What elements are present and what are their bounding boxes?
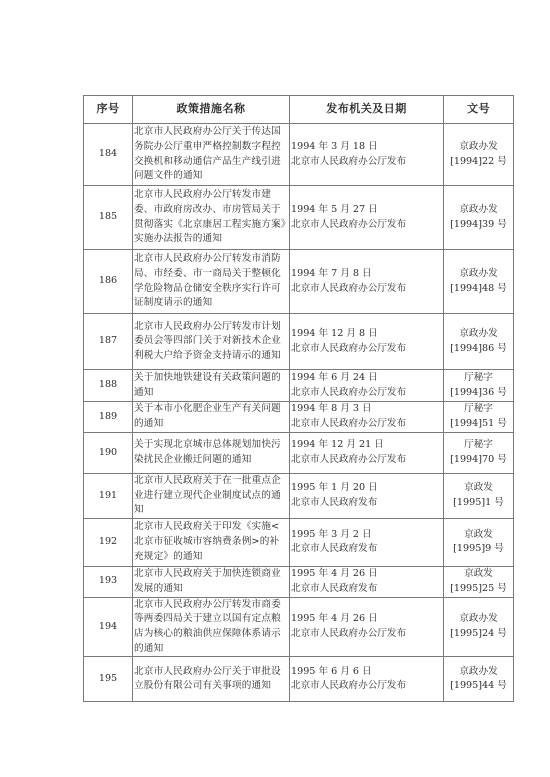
- document-number: [1994]86 号: [445, 342, 512, 357]
- document-prefix: 京政办发: [445, 140, 512, 155]
- document-number-cell: 京政办发[1995]24 号: [444, 597, 514, 656]
- document-number-cell: 京政办发[1994]39 号: [444, 186, 514, 250]
- issuer-date-cell: 1994 年 6 月 24 日北京市人民政府办公厅发布: [290, 370, 444, 402]
- issue-date: 1994 年 6 月 24 日: [291, 371, 442, 386]
- issue-date: 1995 年 6 月 6 日: [291, 665, 442, 680]
- issuer-date-cell: 1994 年 3 月 18 日北京市人民政府办公厅发布: [290, 124, 444, 186]
- document-number: [1995]9 号: [445, 542, 512, 557]
- serial-number-cell: 189: [84, 402, 133, 433]
- document-number-cell: 厅秘字[1994]70 号: [444, 433, 514, 474]
- table-row: 194北京市人民政府办公厅转发市商委等两委四局关于建立以国有定点粮店为核心的粮油…: [84, 597, 514, 656]
- issue-date: 1995 年 4 月 26 日: [291, 567, 442, 582]
- serial-number-cell: 194: [84, 597, 133, 656]
- policy-name-cell: 关于实现北京城市总体规划加快污染扰民企业搬迁问题的通知: [133, 433, 290, 474]
- policy-name-cell: 北京市人民政府办公厅关于审批设立股份有限公司有关事项的通知: [133, 657, 290, 702]
- table-row: 191北京市人民政府关于在一批重点企业进行建立现代企业制度试点的通知1995 年…: [84, 474, 514, 519]
- table-row: 186北京市人民政府办公厅转发市消防局、市经委、市一商局关于整顿化学危险物品仓储…: [84, 250, 514, 314]
- table-row: 184北京市人民政府办公厅关于传达国务院办公厅重申严格控制数字程控交换机和移动通…: [84, 124, 514, 186]
- table-row: 193北京市人民政府关于加快连锁商业发展的通知1995 年 4 月 26 日北京…: [84, 566, 514, 597]
- document-prefix: 京政发: [445, 567, 512, 582]
- policy-name-cell: 关于加快地铁建设有关政策问题的通知: [133, 370, 290, 402]
- policy-name-cell: 北京市人民政府办公厅转发市计划委员会等四部门关于对新技术企业利税大户给予资金支持…: [133, 314, 290, 370]
- serial-number-cell: 188: [84, 370, 133, 402]
- issuing-authority: 北京市人民政府发布: [291, 496, 442, 511]
- issuer-date-cell: 1994 年 12 月 8 日北京市人民政府办公厅发布: [290, 314, 444, 370]
- policy-name-cell: 北京市人民政府关于印发《实施<北京市征收城市容纳费条例>的补充规定》的通知: [133, 518, 290, 566]
- document-prefix: 京政办发: [445, 203, 512, 218]
- document-number-cell: 京政办发[1995]44 号: [444, 657, 514, 702]
- document-number: [1994]48 号: [445, 282, 512, 297]
- document-number: [1994]22 号: [445, 155, 512, 170]
- issuing-authority: 北京市人民政府办公厅发布: [291, 679, 442, 694]
- issuing-authority: 北京市人民政府办公厅发布: [291, 627, 442, 642]
- serial-number-cell: 190: [84, 433, 133, 474]
- issuing-authority: 北京市人民政府办公厅发布: [291, 417, 442, 432]
- policy-table: 序号 政策措施名称 发布机关及日期 文号 184北京市人民政府办公厅关于传达国务…: [83, 95, 514, 702]
- serial-number-cell: 192: [84, 518, 133, 566]
- document-number: [1994]36 号: [445, 386, 512, 401]
- document-prefix: 京政发: [445, 528, 512, 543]
- header-policy-name: 政策措施名称: [133, 96, 290, 124]
- table-header-row: 序号 政策措施名称 发布机关及日期 文号: [84, 96, 514, 124]
- issue-date: 1994 年 12 月 8 日: [291, 327, 442, 342]
- serial-number-cell: 187: [84, 314, 133, 370]
- policy-name-cell: 北京市人民政府办公厅转发市消防局、市经委、市一商局关于整顿化学危险物品仓储安全秩…: [133, 250, 290, 314]
- table-body: 184北京市人民政府办公厅关于传达国务院办公厅重申严格控制数字程控交换机和移动通…: [84, 124, 514, 702]
- serial-number-cell: 186: [84, 250, 133, 314]
- serial-number-cell: 184: [84, 124, 133, 186]
- document-number: [1994]70 号: [445, 453, 512, 468]
- table-row: 188关于加快地铁建设有关政策问题的通知1994 年 6 月 24 日北京市人民…: [84, 370, 514, 402]
- issue-date: 1994 年 7 月 8 日: [291, 267, 442, 282]
- issuing-authority: 北京市人民政府办公厅发布: [291, 386, 442, 401]
- issuer-date-cell: 1995 年 4 月 26 日北京市人民政府发布: [290, 566, 444, 597]
- issuing-authority: 北京市人民政府办公厅发布: [291, 453, 442, 468]
- table-row: 185北京市人民政府办公厅转发市建委、市政府房改办、市房管局关于贯彻落实《北京康…: [84, 186, 514, 250]
- policy-name-cell: 北京市人民政府办公厅转发市建委、市政府房改办、市房管局关于贯彻落实《北京康居工程…: [133, 186, 290, 250]
- document-prefix: 京政办发: [445, 612, 512, 627]
- issue-date: 1994 年 8 月 3 日: [291, 402, 442, 417]
- issuing-authority: 北京市人民政府办公厅发布: [291, 342, 442, 357]
- document-number-cell: 京政办发[1994]48 号: [444, 250, 514, 314]
- serial-number-cell: 185: [84, 186, 133, 250]
- document-number-cell: 京政发[1995]1 号: [444, 474, 514, 519]
- issuer-date-cell: 1995 年 6 月 6 日北京市人民政府办公厅发布: [290, 657, 444, 702]
- issue-date: 1995 年 3 月 2 日: [291, 528, 442, 543]
- header-issuer-date: 发布机关及日期: [290, 96, 444, 124]
- document-prefix: 厅秘字: [445, 402, 512, 417]
- header-document-number: 文号: [444, 96, 514, 124]
- document-number: [1994]51 号: [445, 417, 512, 432]
- issuer-date-cell: 1994 年 7 月 8 日北京市人民政府办公厅发布: [290, 250, 444, 314]
- document-number-cell: 京政发[1995]25 号: [444, 566, 514, 597]
- issue-date: 1994 年 12 月 21 日: [291, 438, 442, 453]
- document-prefix: 京政办发: [445, 665, 512, 680]
- document-prefix: 京政办发: [445, 267, 512, 282]
- issuer-date-cell: 1994 年 5 月 27 日北京市人民政府办公厅发布: [290, 186, 444, 250]
- issue-date: 1995 年 1 月 20 日: [291, 481, 442, 496]
- issuing-authority: 北京市人民政府办公厅发布: [291, 282, 442, 297]
- table-row: 189关于本市小化肥企业生产有关问题的通知1994 年 8 月 3 日北京市人民…: [84, 402, 514, 433]
- table-row: 190关于实现北京城市总体规划加快污染扰民企业搬迁问题的通知1994 年 12 …: [84, 433, 514, 474]
- document-number: [1995]24 号: [445, 627, 512, 642]
- document-prefix: 京政发: [445, 481, 512, 496]
- serial-number-cell: 195: [84, 657, 133, 702]
- document-prefix: 厅秘字: [445, 438, 512, 453]
- document-number-cell: 京政办发[1994]22 号: [444, 124, 514, 186]
- document-number: [1995]25 号: [445, 582, 512, 597]
- issue-date: 1994 年 5 月 27 日: [291, 203, 442, 218]
- header-serial-number: 序号: [84, 96, 133, 124]
- document-number: [1995]44 号: [445, 679, 512, 694]
- issuing-authority: 北京市人民政府发布: [291, 542, 442, 557]
- issue-date: 1994 年 3 月 18 日: [291, 140, 442, 155]
- document-number-cell: 京政发[1995]9 号: [444, 518, 514, 566]
- issuing-authority: 北京市人民政府发布: [291, 582, 442, 597]
- issuer-date-cell: 1995 年 1 月 20 日北京市人民政府发布: [290, 474, 444, 519]
- issuing-authority: 北京市人民政府办公厅发布: [291, 155, 442, 170]
- document-number-cell: 京政办发[1994]86 号: [444, 314, 514, 370]
- serial-number-cell: 191: [84, 474, 133, 519]
- policy-name-cell: 关于本市小化肥企业生产有关问题的通知: [133, 402, 290, 433]
- issuer-date-cell: 1995 年 3 月 2 日北京市人民政府发布: [290, 518, 444, 566]
- document-number: [1995]1 号: [445, 496, 512, 511]
- serial-number-cell: 193: [84, 566, 133, 597]
- document-number-cell: 厅秘字[1994]51 号: [444, 402, 514, 433]
- issuer-date-cell: 1995 年 4 月 26 日北京市人民政府办公厅发布: [290, 597, 444, 656]
- policy-name-cell: 北京市人民政府关于加快连锁商业发展的通知: [133, 566, 290, 597]
- table-row: 187北京市人民政府办公厅转发市计划委员会等四部门关于对新技术企业利税大户给予资…: [84, 314, 514, 370]
- document-number: [1994]39 号: [445, 218, 512, 233]
- policy-name-cell: 北京市人民政府办公厅转发市商委等两委四局关于建立以国有定点粮店为核心的粮油供应保…: [133, 597, 290, 656]
- issue-date: 1995 年 4 月 26 日: [291, 612, 442, 627]
- document-number-cell: 厅秘字[1994]36 号: [444, 370, 514, 402]
- document-prefix: 厅秘字: [445, 371, 512, 386]
- table-row: 195北京市人民政府办公厅关于审批设立股份有限公司有关事项的通知1995 年 6…: [84, 657, 514, 702]
- document-prefix: 京政办发: [445, 327, 512, 342]
- issuer-date-cell: 1994 年 12 月 21 日北京市人民政府办公厅发布: [290, 433, 444, 474]
- policy-name-cell: 北京市人民政府关于在一批重点企业进行建立现代企业制度试点的通知: [133, 474, 290, 519]
- issuing-authority: 北京市人民政府办公厅发布: [291, 218, 442, 233]
- policy-name-cell: 北京市人民政府办公厅关于传达国务院办公厅重申严格控制数字程控交换机和移动通信产品…: [133, 124, 290, 186]
- table-row: 192北京市人民政府关于印发《实施<北京市征收城市容纳费条例>的补充规定》的通知…: [84, 518, 514, 566]
- issuer-date-cell: 1994 年 8 月 3 日北京市人民政府办公厅发布: [290, 402, 444, 433]
